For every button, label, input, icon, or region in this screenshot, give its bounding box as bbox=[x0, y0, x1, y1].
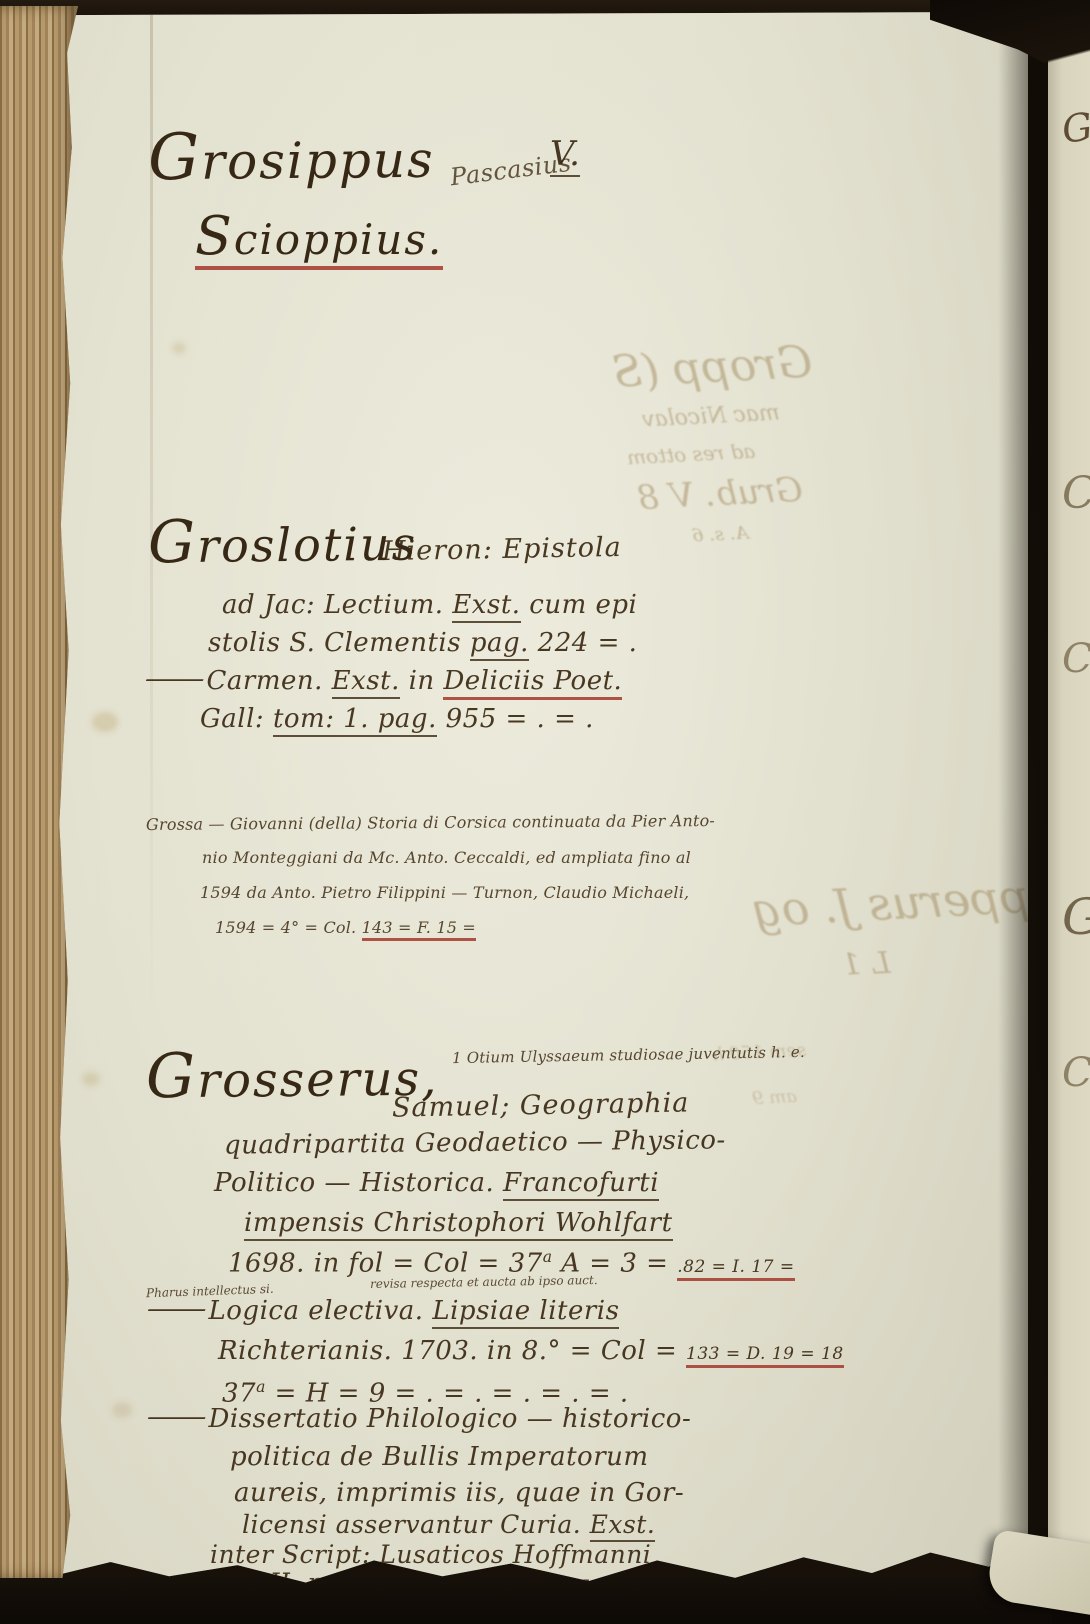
text-segment: cum epi bbox=[521, 590, 638, 620]
note-interlinear: revisa respecta et aucta ab ipso auct. bbox=[370, 1273, 598, 1291]
text-segment: Richterianis. 1703. in 8.° = Col = bbox=[218, 1336, 686, 1366]
heading-scioppius: Scioppius. bbox=[195, 204, 443, 267]
entry-grossa-line4: 1594 = 4° = Col. 143 = F. 15 = bbox=[215, 918, 476, 937]
paper-stain bbox=[82, 1072, 100, 1086]
entry-grosserus-line6: —Logica electiva. Lipsiae literis bbox=[156, 1296, 619, 1326]
heading-grosippus: Grosippus bbox=[148, 119, 435, 195]
text-segment: 320 = . = . = . = . bbox=[364, 1568, 609, 1597]
exst-abbrev: Exst. bbox=[332, 666, 400, 699]
book-scan: Gropp (S mac Nicolav ad res ottom Grub. … bbox=[0, 0, 1090, 1624]
text-segment: 224 = . bbox=[529, 628, 637, 658]
note-otium: 1 Otium Ulyssaeum studiosae juventutis h… bbox=[452, 1043, 805, 1067]
paper-stain bbox=[92, 712, 118, 732]
exst-abbrev: Exst. bbox=[452, 590, 520, 623]
bleedthrough-text: L 1 bbox=[841, 946, 891, 983]
heading-numeral: V. bbox=[550, 134, 580, 174]
tom-pag-abbrev: tom: 1. pag. bbox=[273, 704, 437, 737]
superscript: a bbox=[543, 1248, 553, 1266]
entry-groslotius-line4: —Carmen. Exst. in Deliciis Poet. bbox=[154, 666, 622, 696]
entry-groslotius-line5: Gall: tom: 1. pag. 955 = . = . bbox=[200, 704, 594, 734]
entry-dash: — bbox=[145, 1402, 209, 1432]
heading-numeral-text: V. bbox=[550, 134, 580, 177]
shelfmark: 133 = D. 19 = 18 bbox=[686, 1344, 844, 1368]
entry-grosserus-line14: tom: II. pag. 320 = . = . = . = . bbox=[202, 1568, 609, 1597]
entry-grosserus-line13: inter Script: Lusaticos Hoffmanni bbox=[210, 1540, 651, 1569]
text-segment: Carmen. bbox=[207, 666, 332, 696]
paper-stain bbox=[172, 342, 186, 354]
text-segment: Gall: bbox=[200, 704, 273, 734]
text-segment: Politico — Historica. bbox=[214, 1168, 503, 1198]
text-segment: 955 = . = . bbox=[437, 704, 594, 734]
next-page-letter: G bbox=[1059, 104, 1090, 152]
superscript: a bbox=[256, 1378, 266, 1396]
text-segment: ad Jac: Lectium. bbox=[222, 590, 452, 620]
entry-grossa-line2: nio Monteggiani da Mc. Anto. Ceccaldi, e… bbox=[202, 848, 691, 867]
bleedthrough-text: mac Nicolav bbox=[641, 400, 780, 432]
shelfmark: .82 = I. 17 = bbox=[677, 1257, 794, 1281]
paper-stain bbox=[112, 1402, 132, 1418]
entry-grosserus-line7: Richterianis. 1703. in 8.° = Col = 133 =… bbox=[218, 1336, 844, 1366]
entry-grosserus-line4: impensis Christophori Wohlfart bbox=[244, 1208, 673, 1238]
bleedthrough-text: Grub. V 8 bbox=[636, 470, 804, 519]
entry-grosserus-line10: politica de Bullis Imperatorum bbox=[230, 1442, 649, 1472]
entry-grosserus-byline: Samuel; Geographia bbox=[392, 1087, 690, 1123]
bleedthrough-text: A. s. 6 bbox=[691, 523, 749, 547]
text-segment: licensi asservantur Curia. bbox=[242, 1510, 590, 1539]
manuscript-page: Gropp (S mac Nicolav ad res ottom Grub. … bbox=[52, 12, 1028, 1592]
heading-scioppius-text: Scioppius. bbox=[195, 215, 443, 270]
text-segment: in bbox=[400, 666, 444, 696]
text-segment: 1594 = 4° = Col. bbox=[215, 918, 362, 937]
entry-grossa-line1: Grossa — Giovanni (della) Storia di Cors… bbox=[146, 811, 715, 834]
bleedthrough-text: am 9 bbox=[751, 1086, 797, 1109]
bleedthrough-text: Gropp (S bbox=[611, 337, 814, 398]
shelfmark: 143 = F. 15 = bbox=[362, 918, 476, 941]
text-segment: stolis S. Clementis bbox=[208, 628, 470, 658]
text-segment: II. bbox=[261, 1568, 307, 1597]
entry-dash: — bbox=[145, 1294, 209, 1324]
pag-abbrev: pag. bbox=[307, 1568, 364, 1600]
next-page-letter: C bbox=[1062, 1050, 1090, 1096]
entry-dash: — bbox=[143, 664, 207, 694]
imprint-place: Lipsiae literis bbox=[432, 1296, 619, 1329]
tom-abbrev: tom: bbox=[202, 1568, 261, 1600]
entry-groslotius-byline: Hieron: Epistola bbox=[382, 532, 622, 567]
text-segment: Logica electiva. bbox=[209, 1296, 433, 1326]
entry-groslotius-line2: ad Jac: Lectium. Exst. cum epi bbox=[222, 590, 637, 620]
bleedthrough-text: ad res ottom bbox=[626, 439, 755, 470]
entry-grosserus-line2: quadripartita Geodaetico — Physico- bbox=[224, 1125, 726, 1160]
imprint-place: Francofurti bbox=[503, 1168, 659, 1201]
entry-groslotius-name: Groslotius bbox=[148, 505, 418, 577]
entry-grossa-line3: 1594 da Anto. Pietro Filippini — Turnon,… bbox=[200, 883, 689, 902]
entry-grosserus-line12: licensi asservantur Curia. Exst. bbox=[242, 1510, 655, 1539]
entry-grosserus-line9: —Dissertatio Philologico — historico- bbox=[156, 1404, 691, 1434]
exst-abbrev: Exst. bbox=[590, 1510, 656, 1542]
entry-grosserus-line3: Politico — Historica. Francofurti bbox=[214, 1168, 659, 1198]
next-page-letter: C bbox=[1062, 468, 1090, 519]
reference-title: Deliciis Poet. bbox=[443, 666, 622, 700]
next-page-edge: G C C G C bbox=[1048, 10, 1090, 1570]
page-gutter-shadow bbox=[998, 0, 1052, 1624]
next-page-letter: C bbox=[1062, 636, 1090, 682]
imprint-publisher: impensis Christophori Wohlfart bbox=[244, 1208, 673, 1241]
pag-abbrev: pag. bbox=[470, 628, 529, 661]
entry-grosserus-line11: aureis, imprimis iis, quae in Gor- bbox=[234, 1478, 684, 1508]
next-page-letter: G bbox=[1062, 888, 1090, 946]
entry-groslotius-line3: stolis S. Clementis pag. 224 = . bbox=[208, 628, 637, 658]
text-segment: Dissertatio Philologico — historico- bbox=[209, 1404, 692, 1434]
